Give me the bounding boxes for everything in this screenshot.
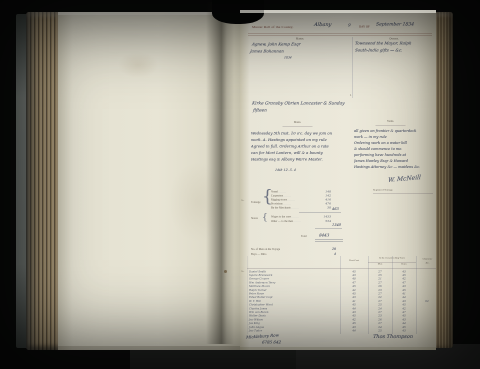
subtotal-rule — [299, 212, 341, 213]
men-cell: 25 — [368, 329, 392, 332]
name-cell: Jno Wilson — [247, 318, 340, 321]
boys-cell: 43 — [392, 285, 416, 288]
men-count-label: No. of Men on the Voyage — [251, 248, 332, 251]
boys-cell: 44 — [392, 322, 416, 325]
page-fore-edge-left — [26, 12, 60, 350]
paper-stain — [118, 52, 158, 78]
first-cell: 43 — [340, 274, 368, 277]
name-cell: Squire Brunswick — [247, 274, 340, 277]
men-subheader: Men — [369, 263, 391, 266]
footer-signature: Thos Thompson — [373, 334, 414, 340]
men-cell: 25 — [368, 274, 392, 277]
first-cell: 45 — [340, 293, 368, 296]
label-cell: Vessel — [271, 191, 316, 194]
margin-no-label: No. — [241, 199, 244, 202]
account-group2: Wages to the crew1433Other — to the men5… — [271, 215, 331, 224]
table-header-rule — [247, 268, 436, 269]
preceding-years-header: In the two preceding Years — [368, 257, 416, 260]
year-note-handwritten: 1834 — [284, 56, 292, 60]
boys-cell: 43 — [392, 329, 416, 332]
registered-tonnage-label: Registered Tonnage — [373, 189, 393, 192]
men-count-row: No. of Men on the Voyage 29 — [251, 247, 336, 251]
entry-number-handwritten: 9 — [348, 23, 351, 28]
first-cell: 42 — [340, 318, 368, 321]
first-cost-header: First Cost — [341, 260, 367, 263]
ledger-form-page: Muster Roll of the County, Albany 9 DAY … — [240, 10, 436, 350]
first-cell: 44 — [340, 307, 368, 310]
character-header: Character — [417, 258, 436, 261]
men-cell: 27 — [368, 300, 392, 303]
boys-count-value: 4 — [334, 252, 337, 256]
boys-cell: 47 — [392, 281, 416, 284]
name-cell: John Angus — [247, 326, 340, 329]
header-rule — [248, 35, 432, 36]
men-cell: 27 — [368, 311, 392, 314]
name-cell: Christopher Wood — [247, 304, 340, 307]
stores-group-label: Stores — [251, 217, 258, 220]
first-cell: 41 — [340, 300, 368, 303]
officer-signature: W. McNeill — [388, 174, 421, 184]
boys-count-row: Boys — Ditto 4 — [251, 252, 336, 256]
group2-subtotal: 1340 — [332, 223, 341, 227]
book-cover-right-edge — [453, 16, 461, 346]
account-group1: Vessel148Carpenters142Rigging stores416P… — [271, 190, 331, 210]
margin-no-label: No. — [241, 270, 244, 273]
total-value: 8443 — [319, 233, 330, 238]
men-cell: 27 — [368, 281, 392, 284]
total-double-rule — [315, 239, 343, 242]
name-cell: Jno Tudor — [247, 329, 340, 332]
name-cell: Ralph Turner — [247, 289, 340, 292]
header-rule — [248, 33, 432, 34]
label-cell: Carpenters — [271, 195, 316, 198]
men-cell: 21 — [368, 278, 392, 281]
men-cell: 26 — [368, 318, 392, 321]
name-cell: Peter Rowe — [247, 293, 340, 296]
boys-cell: 41 — [392, 293, 416, 296]
first-cell: 40 — [340, 278, 368, 281]
account-group1-item: By the Merchants38 — [271, 206, 331, 210]
ledger-book: Muster Roll of the County, Albany 9 DAY … — [16, 8, 462, 354]
footer-note-line: Micklebury Row — [246, 333, 279, 340]
name-cell: Charles Jones — [247, 307, 340, 310]
men-cell: 25 — [368, 304, 392, 307]
value-cell: 1433 — [316, 215, 331, 219]
name-cell: Wm van Buren — [247, 311, 340, 314]
first-cell: 45 — [340, 285, 368, 288]
boys-cell: 45 — [392, 289, 416, 292]
marginal-footnote: 14th 12. 5. 4 — [275, 168, 297, 172]
voyage-notes-left: Wednesday 5th Inst. 10 o'c. day we join … — [251, 130, 353, 163]
gutter-shadow — [206, 2, 234, 344]
tonnage-rule — [373, 193, 433, 194]
crew-list: Daniel Smith452743Squire Brunswick432545… — [247, 270, 436, 333]
subcolumn-rule — [283, 126, 313, 127]
column-divider — [352, 37, 353, 98]
character-header-2: &c. — [417, 262, 436, 265]
master-entry-line: James Bohannan — [250, 49, 285, 54]
left-subcolumn-label: Masts. — [270, 121, 325, 124]
value-cell: 534 — [316, 220, 331, 224]
account-group2-item: Other — to the men534 — [271, 220, 331, 225]
name-cell: Daniel Smith — [247, 270, 340, 273]
name-cell: W. T. Hill — [247, 300, 340, 303]
first-cell: 43 — [340, 326, 368, 329]
men-cell: 24 — [368, 326, 392, 329]
master-entry-line: Agnew, John Kemp Esqr — [252, 42, 301, 47]
label-cell: Other — to the men — [271, 220, 316, 223]
name-cell: Walter Davis — [247, 315, 340, 318]
boys-subheader: Boys — [393, 263, 415, 266]
men-cell: 27 — [368, 270, 392, 273]
label-cell: By the Merchants — [271, 207, 316, 210]
boys-cell: 42 — [392, 278, 416, 281]
character-cell: 62 — [416, 300, 436, 303]
owners-entry-line: South-India gifts — &c. — [355, 48, 403, 53]
boys-cell: 43 — [392, 318, 416, 321]
boys-cell: 43 — [392, 300, 416, 303]
owners-entry-line: Townsend the Mayor, Ralph — [355, 41, 412, 46]
boys-count-label: Boys — Ditto — [251, 253, 334, 256]
printed-form-title: Muster Roll of the County, — [252, 25, 293, 29]
right-subcolumn-label: Yards. — [363, 120, 418, 123]
value-cell: 142 — [316, 194, 331, 198]
page-fore-edge-right — [436, 12, 453, 348]
voyage-notes-right: all given on frontier & quarterdeckwork … — [354, 128, 436, 170]
name-cell: Matthew Moore — [247, 285, 340, 288]
boys-cell: 42 — [392, 307, 416, 310]
men-cell: 23 — [368, 289, 392, 292]
men-cell: 26 — [368, 285, 392, 288]
first-cell: 45 — [340, 270, 368, 273]
first-cell: 45 — [340, 315, 368, 318]
boys-cell: 45 — [392, 326, 416, 329]
men-cell: 24 — [368, 307, 392, 310]
tonnage-group-label: Tonnage — [251, 201, 260, 204]
value-cell: 148 — [316, 190, 331, 194]
first-cell: 43 — [340, 311, 368, 314]
label-cell: Provisions — [271, 203, 316, 206]
day-of-label: DAY OF — [359, 26, 370, 29]
value-cell: 38 — [316, 206, 331, 210]
label-cell: Wages to the crew — [271, 216, 316, 219]
photo-of-open-ledger: Muster Roll of the County, Albany 9 DAY … — [0, 0, 480, 369]
brace-glyph: { — [262, 212, 268, 223]
boys-cell: 45 — [392, 304, 416, 307]
men-count-value: 29 — [332, 247, 337, 251]
men-cell: 27 — [368, 293, 392, 296]
first-cell: 47 — [340, 281, 368, 284]
total-label: Total — [301, 235, 307, 238]
men-cell: 23 — [368, 315, 392, 318]
master-column-label: Master. — [270, 38, 330, 41]
voyage-heading-line: fifteen — [253, 108, 268, 113]
subcolumn-rule — [376, 125, 406, 126]
name-cell: George Cooper — [247, 278, 340, 281]
first-cell: 45 — [340, 304, 368, 307]
boys-cell: 45 — [392, 315, 416, 318]
voyage-notes-left-item: Hastings esq & Albany Warre Master. — [251, 156, 353, 163]
label-cell: Rigging stores — [271, 199, 316, 202]
date-handwritten: September 1834 — [376, 22, 415, 27]
subtotal-rule — [315, 229, 342, 230]
voyage-heading-line: Kirke Gransby Obrien Lancaster & Sunday — [252, 101, 345, 106]
first-cell: 43 — [340, 296, 368, 299]
boys-cell: 47 — [392, 311, 416, 314]
first-cell: 45 — [340, 322, 368, 325]
group1-subtotal: 463 — [332, 207, 339, 211]
men-cell: 22 — [368, 296, 392, 299]
value-cell: 416 — [316, 198, 331, 202]
first-cell: 42 — [340, 289, 368, 292]
boys-cell: 43 — [392, 270, 416, 273]
footer-note-numbers: 6785 642 — [262, 340, 282, 345]
boys-cell: 44 — [392, 296, 416, 299]
boys-cell: 45 — [392, 274, 416, 277]
voyage-notes-right-item: Hastings Attorney &c — maidens &c. — [354, 164, 436, 170]
name-cell: Jas King — [247, 322, 340, 325]
men-cell: 27 — [368, 322, 392, 325]
vessel-name-handwritten: Albany — [314, 22, 332, 28]
name-cell: Edwd Butler Capt — [247, 296, 340, 299]
first-cell: 44 — [340, 329, 368, 332]
value-cell: 476 — [316, 202, 331, 206]
section-tick: 1 — [350, 94, 352, 97]
name-cell: Wm Anderson Terry — [247, 281, 340, 284]
